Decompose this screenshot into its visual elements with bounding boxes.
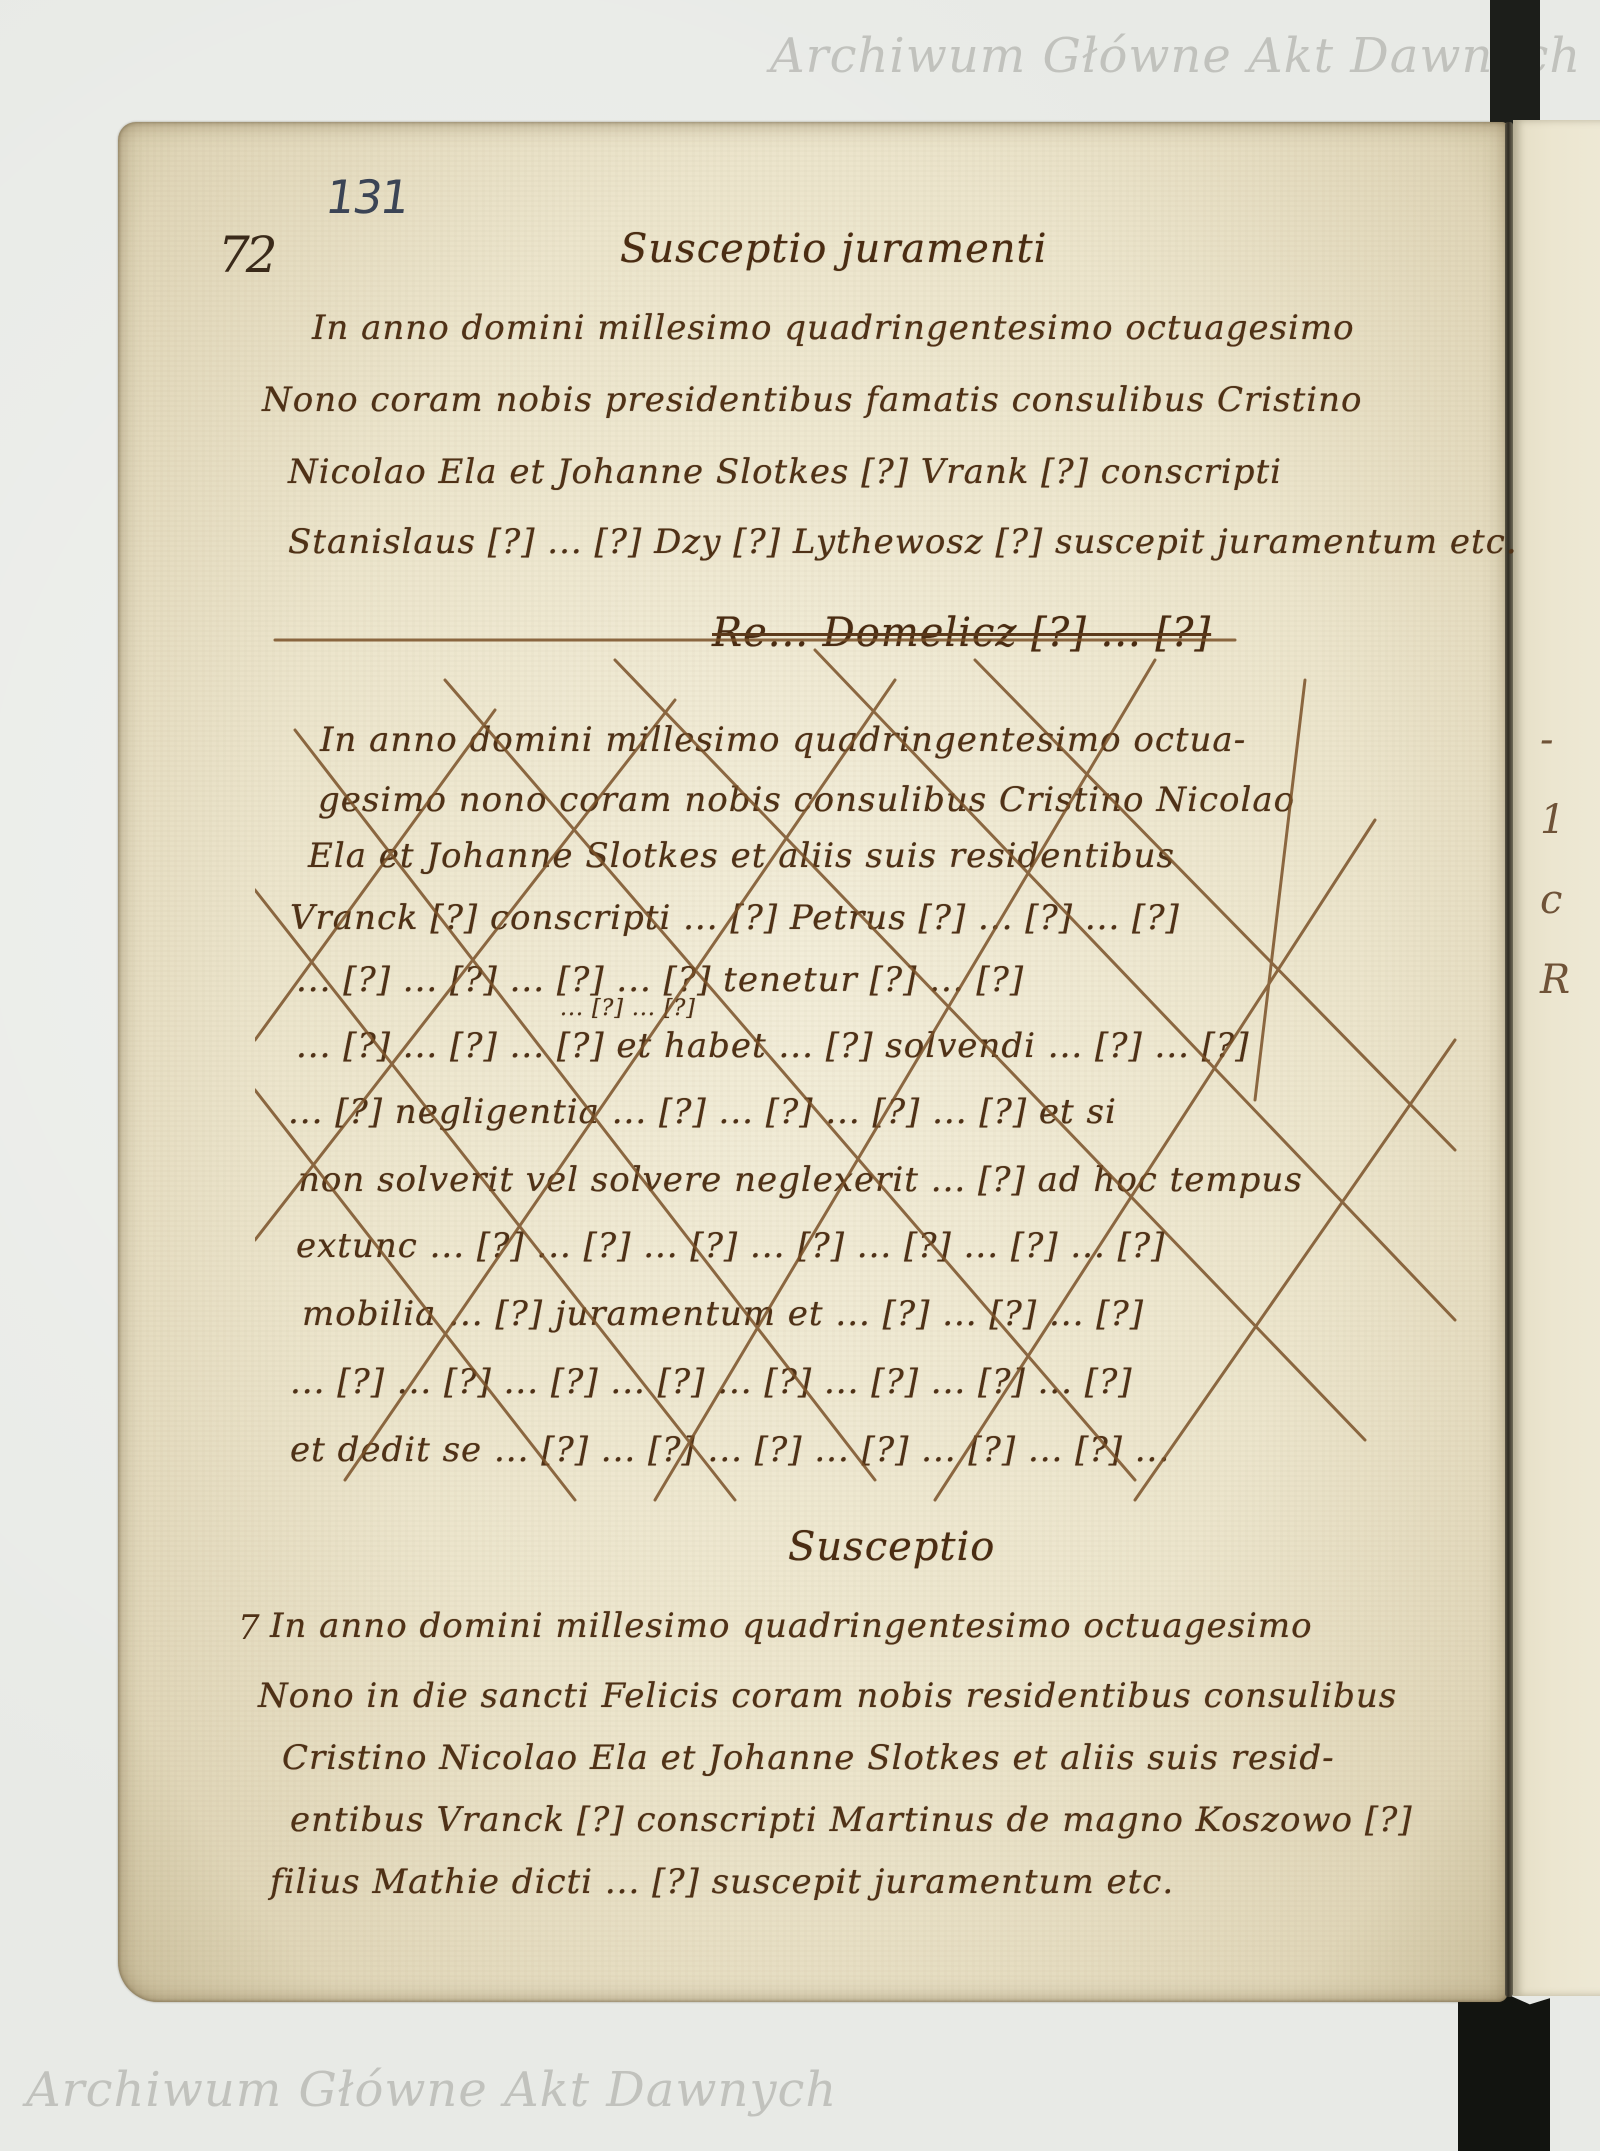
- folio-number-ink: 72: [218, 226, 274, 284]
- binding-strip-bottom: [1458, 1995, 1550, 2151]
- entry-heading-cancelled: Re... Domelicz [?] ... [?]: [712, 610, 1211, 656]
- entry-line: non solverit vel solvere neglexerit ... …: [298, 1160, 1303, 1200]
- fragment: 1: [1540, 780, 1600, 860]
- entry-line: Nono coram nobis presidentibus famatis c…: [262, 380, 1363, 420]
- entry-line: et dedit se ... [?] ... [?] ... [?] ... …: [290, 1430, 1170, 1470]
- fragment: -: [1540, 700, 1600, 780]
- entry-line: ... [?] ... [?] ... [?] ... [?] tenetur …: [296, 960, 1024, 1000]
- margin-mark: 7: [238, 1608, 260, 1648]
- folio-number-pencil: 131: [322, 170, 411, 224]
- page-gutter: [1505, 122, 1513, 1997]
- entry-line: Stanislaus [?] ... [?] Dzy [?] Lythewosz…: [288, 522, 1518, 562]
- entry-line: ... [?] negligentia ... [?] ... [?] ... …: [288, 1092, 1117, 1132]
- entry-line: Nono in die sancti Felicis coram nobis r…: [258, 1676, 1397, 1716]
- entry-line: filius Mathie dicti ... [?] suscepit jur…: [270, 1862, 1174, 1902]
- entry-heading: Susceptio juramenti: [620, 226, 1047, 272]
- entry-line: Nicolao Ela et Johanne Slotkes [?] Vrank…: [288, 452, 1282, 492]
- entry-line: gesimo nono coram nobis consulibus Crist…: [318, 780, 1295, 820]
- archive-watermark-bottom: Archiwum Główne Akt Dawnych: [26, 2062, 837, 2118]
- entry-line: mobilia ... [?] juramentum et ... [?] ..…: [302, 1294, 1144, 1334]
- interlinear-note: ... [?] ... [?]: [560, 996, 696, 1021]
- fragment: R: [1540, 940, 1600, 1020]
- entry-line: Ela et Johanne Slotkes et aliis suis res…: [308, 836, 1175, 876]
- entry-line: ... [?] ... [?] ... [?] et habet ... [?]…: [296, 1026, 1250, 1066]
- fragment: c: [1540, 860, 1600, 940]
- entry-line: extunc ... [?] ... [?] ... [?] ... [?] .…: [296, 1226, 1165, 1266]
- entry-line: In anno domini millesimo quadringentesim…: [320, 720, 1246, 760]
- entry-heading: Susceptio: [788, 1524, 995, 1570]
- adjacent-folio-fragments: - 1 c R: [1540, 700, 1600, 1400]
- entry-line: ... [?] ... [?] ... [?] ... [?] ... [?] …: [290, 1362, 1133, 1402]
- entry-line: Vranck [?] conscripti ... [?] Petrus [?]…: [290, 898, 1180, 938]
- binding-strip-top: [1490, 0, 1540, 125]
- entry-line: In anno domini millesimo quadringentesim…: [270, 1606, 1313, 1646]
- entry-line: In anno domini millesimo quadringentesim…: [312, 308, 1355, 348]
- archive-watermark-top: Archiwum Główne Akt Dawnych: [770, 28, 1581, 84]
- entry-line: Cristino Nicolao Ela et Johanne Slotkes …: [282, 1738, 1335, 1778]
- entry-line: entibus Vranck [?] conscripti Martinus d…: [290, 1800, 1413, 1840]
